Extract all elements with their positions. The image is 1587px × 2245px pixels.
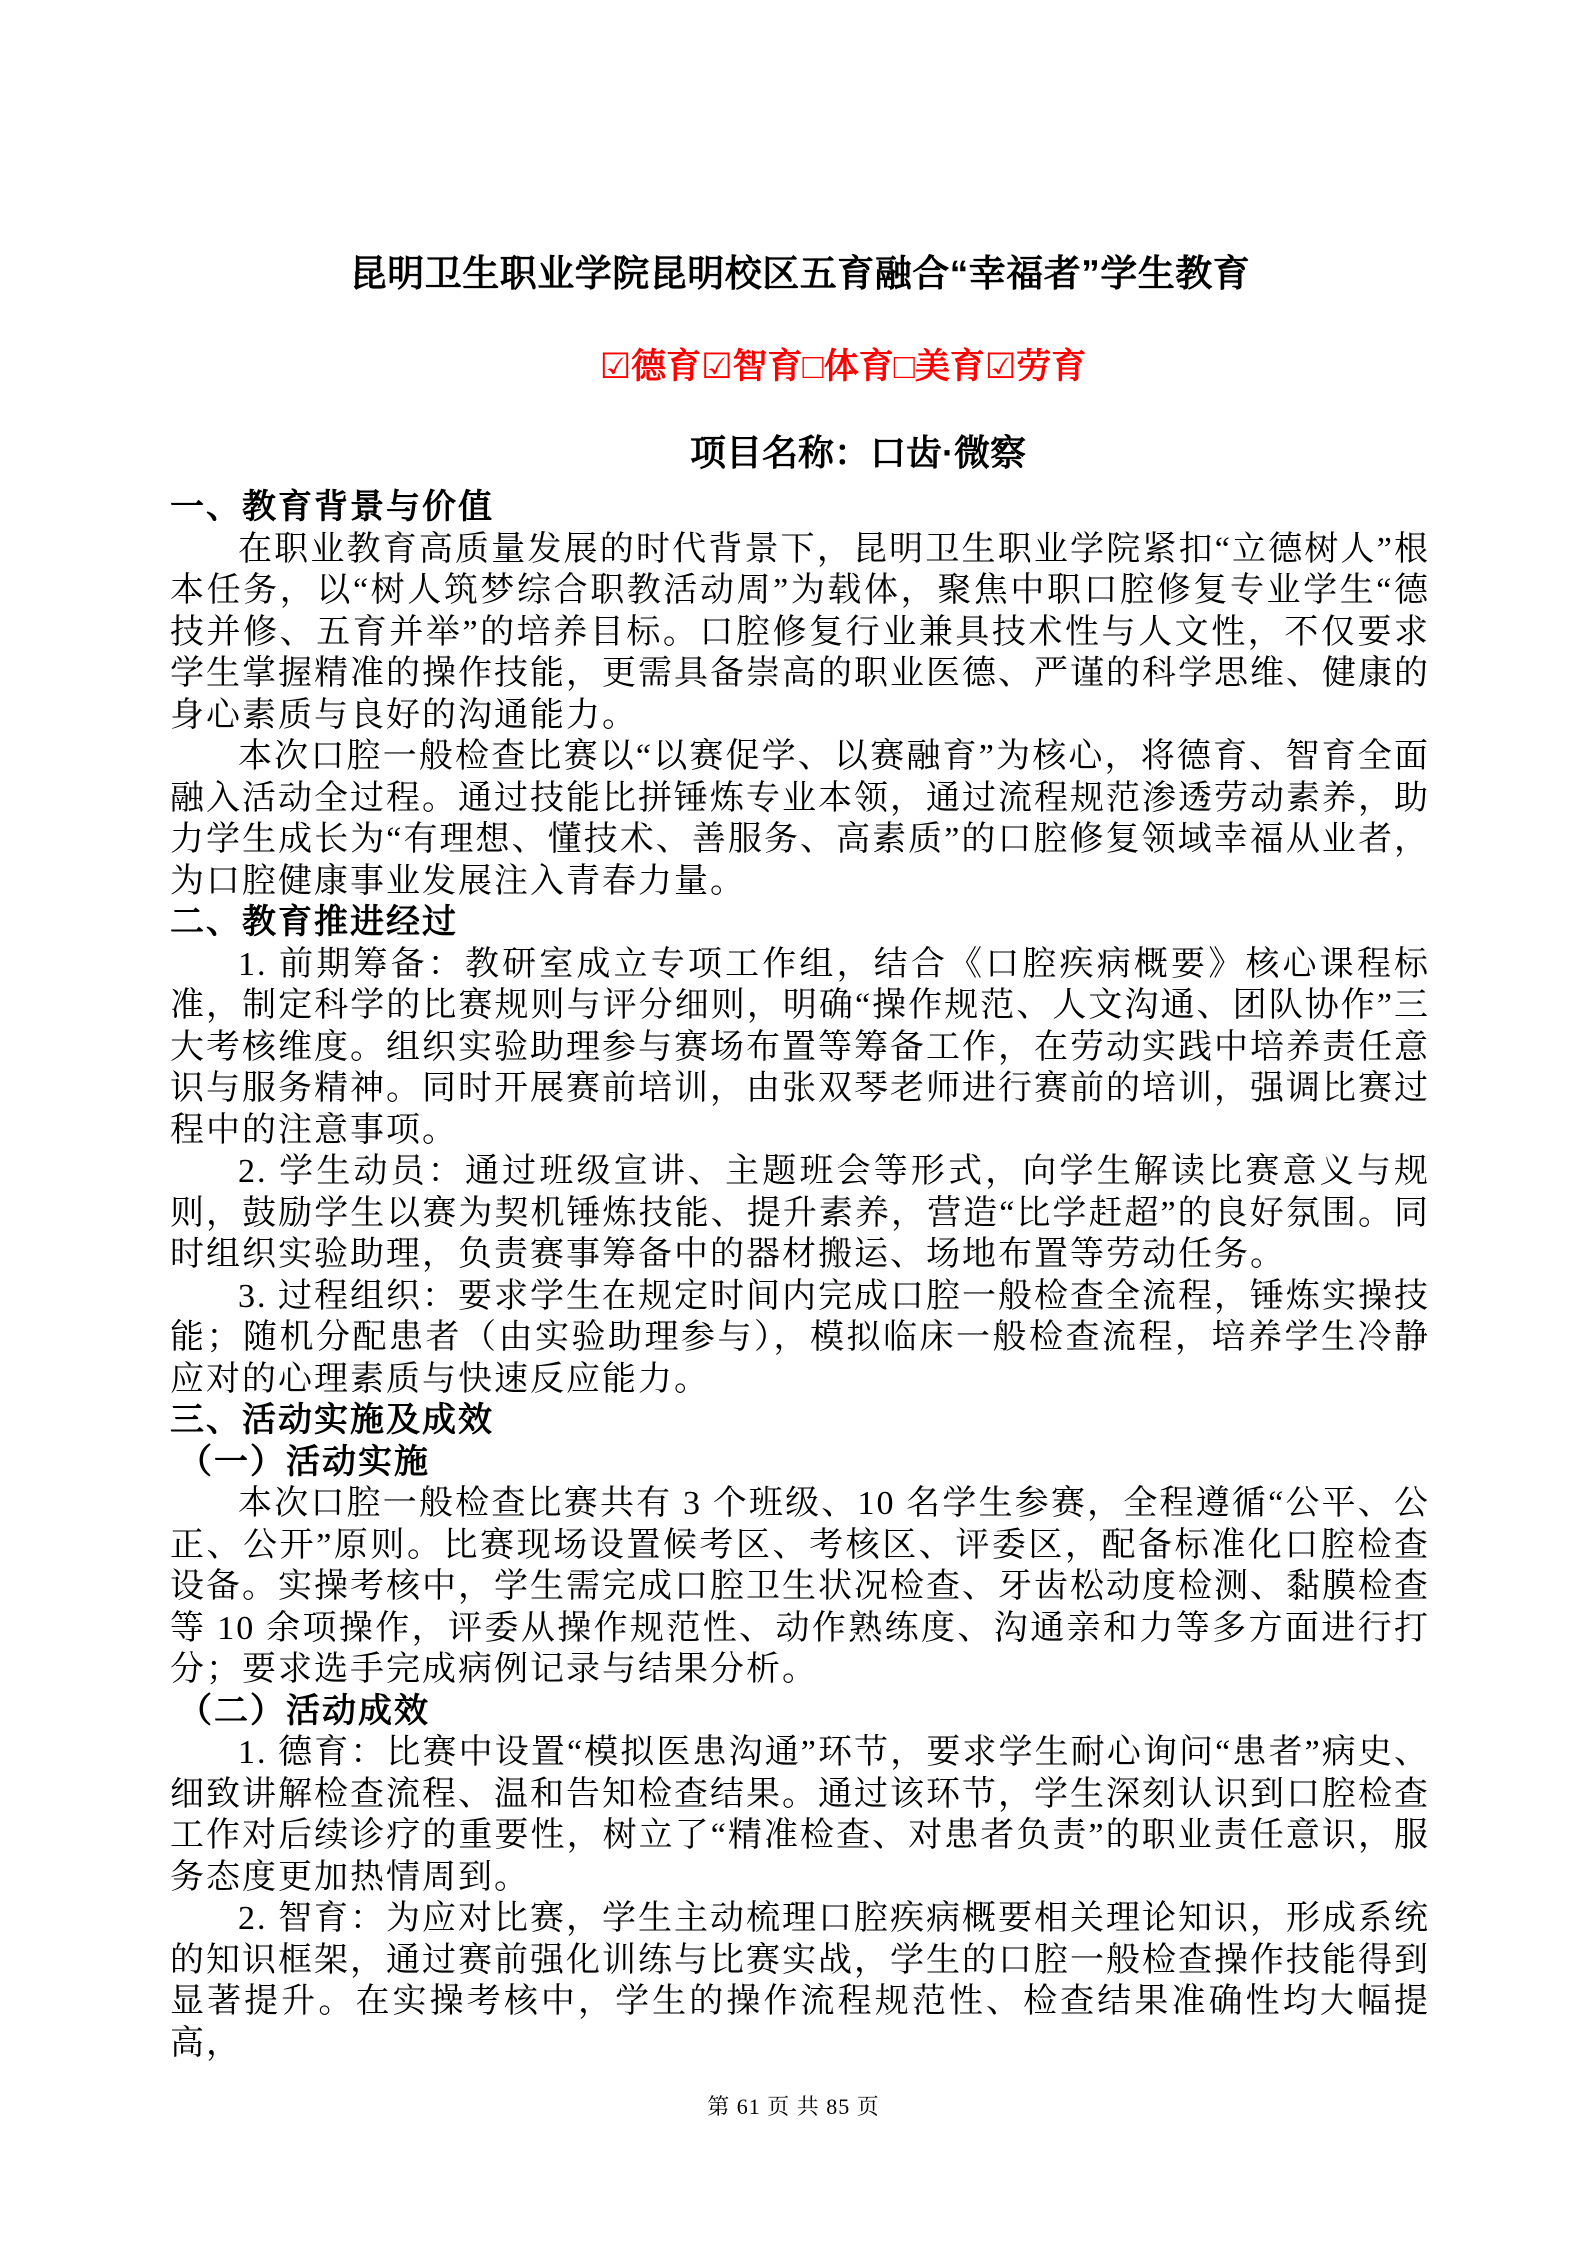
paragraph: 3. 过程组织：要求学生在规定时间内完成口腔一般检查全流程，锤炼实操技能；随机分… (170, 1276, 1430, 1401)
paragraph: 1. 德育：比赛中设置“模拟医患沟通”环节，要求学生耐心询问“患者”病史、细致讲… (170, 1732, 1430, 1898)
project-title: 项目名称：口齿·微察 (228, 431, 1488, 474)
checkbox-checked-icon: ☑ (985, 346, 1016, 388)
document-page: 昆明卫生职业学院昆明校区五育融合“幸福者”学生教育 ☑德育☑智育□体育□美育☑劳… (0, 0, 1587, 2245)
document-title: 昆明卫生职业学院昆明校区五育融合“幸福者”学生教育 (170, 0, 1430, 296)
section-heading-3: 三、活动实施及成效 (170, 1400, 1430, 1442)
edu-check-item: □体育 (803, 346, 894, 388)
document-body: 一、教育背景与价值 在职业教育高质量发展的时代背景下，昆明卫生职业学院紧扣“立德… (170, 487, 1430, 2064)
section-heading-2: 二、教育推进经过 (170, 902, 1430, 944)
edu-check-item: □美育 (894, 346, 985, 388)
subsection-heading-1: （一）活动实施 (170, 1442, 1430, 1484)
checkbox-unchecked-icon: □ (894, 346, 915, 388)
paragraph: 1. 前期筹备：教研室成立专项工作组，结合《口腔疾病概要》核心课程标准，制定科学… (170, 944, 1430, 1152)
edu-label: 美育 (915, 347, 985, 386)
edu-label: 智育 (733, 347, 803, 386)
edu-check-item: ☑智育 (701, 346, 802, 388)
page-content: 昆明卫生职业学院昆明校区五育融合“幸福者”学生教育 ☑德育☑智育□体育□美育☑劳… (0, 0, 1587, 2064)
checkbox-checked-icon: ☑ (701, 346, 732, 388)
edu-label: 体育 (824, 347, 894, 386)
edu-label: 德育 (631, 347, 701, 386)
paragraph: 2. 学生动员：通过班级宣讲、主题班会等形式，向学生解读比赛意义与规则，鼓励学生… (170, 1151, 1430, 1276)
paragraph: 本次口腔一般检查比赛共有 3 个班级、10 名学生参赛，全程遵循“公平、公正、公… (170, 1483, 1430, 1691)
edu-check-item: ☑德育 (600, 346, 701, 388)
subsection-heading-2: （二）活动成效 (170, 1691, 1430, 1733)
section-heading-1: 一、教育背景与价值 (170, 487, 1430, 529)
paragraph: 2. 智育：为应对比赛，学生主动梳理口腔疾病概要相关理论知识，形成系统的知识框架… (170, 1898, 1430, 2064)
checkbox-checked-icon: ☑ (600, 346, 631, 388)
five-education-checkline: ☑德育☑智育□体育□美育☑劳育 (213, 346, 1473, 388)
paragraph: 本次口腔一般检查比赛以“以赛促学、以赛融育”为核心，将德育、智育全面融入活动全过… (170, 736, 1430, 902)
edu-check-item: ☑劳育 (985, 346, 1086, 388)
paragraph: 在职业教育高质量发展的时代背景下，昆明卫生职业学院紧扣“立德树人”根本任务，以“… (170, 529, 1430, 737)
checkbox-unchecked-icon: □ (803, 346, 824, 388)
edu-label: 劳育 (1016, 347, 1086, 386)
page-footer: 第 61 页 共 85 页 (0, 2090, 1587, 2121)
